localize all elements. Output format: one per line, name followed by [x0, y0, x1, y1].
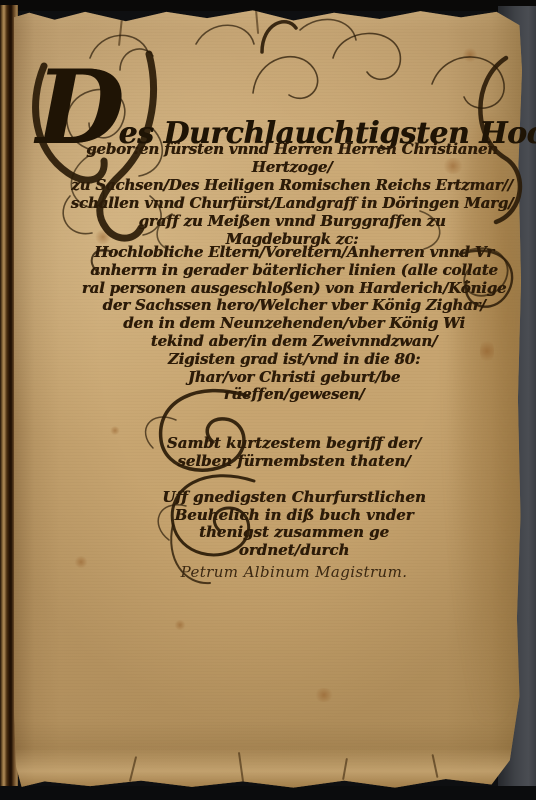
lineage-line: Hochlobliche Eltern/Voreltern/Anherren v… — [70, 244, 518, 262]
paper-crack — [118, 8, 124, 46]
lineage-paragraph: Hochlobliche Eltern/Voreltern/Anherren v… — [70, 244, 518, 404]
background-top-bar — [0, 0, 536, 11]
lineage-line: ral personen ausgeschloßen) von Harderic… — [70, 280, 518, 298]
summary-block: Sambt kurtzestem begriff der/ selben für… — [70, 434, 518, 470]
header-block: gebor:en fürsten vnnd Herren Herren Chri… — [66, 140, 518, 248]
lineage-line: der Sachssen hero/Welcher vber König Zig… — [70, 297, 518, 315]
foxing-spot — [314, 688, 334, 702]
dedication-line: Uff gnedigsten Churfurstlichen — [70, 489, 518, 507]
foxing-spot — [174, 620, 186, 630]
lineage-line: Jhar/vor Christi geburt/be — [70, 369, 518, 387]
author-line: Petrum Albinum Magistrum. — [70, 563, 518, 581]
header-line: zu Sachsen/Des Heiligen Romischen Reichs… — [66, 176, 518, 194]
header-line: schallen vnnd Churfürst/Landgraff in Dör… — [66, 194, 518, 212]
lineage-line: Zigisten grad ist/vnd in die 80: — [70, 351, 518, 369]
torn-edge-highlight — [14, 748, 522, 790]
dedication-line: Beuhelich in diß buch vnder — [70, 507, 518, 525]
lineage-line: den in dem Neunzehenden/vber König Wi — [70, 315, 518, 333]
background-bottom-bar — [0, 786, 536, 800]
lineage-line: tekind aber/in dem Zweivnndzwan/ — [70, 333, 518, 351]
lineage-line: rüeffen/gewesen/ — [70, 386, 518, 404]
dedication-line: ordnet/durch — [70, 542, 518, 560]
lineage-line: anherrn in gerader bäterlicher linien (a… — [70, 262, 518, 280]
header-line: gebor:en fürsten vnnd Herren Herren Chri… — [66, 140, 518, 176]
dedication-block: Uff gnedigsten Churfurstlichen Beuhelich… — [70, 489, 518, 559]
summary-line: Sambt kurtzestem begriff der/ — [70, 434, 518, 452]
summary-line: selben fürnembsten thaten/ — [70, 452, 518, 470]
dedication-line: thenigst zusammen ge — [70, 524, 518, 542]
header-line: graff zu Meißen vnnd Burggraffen zu — [66, 212, 518, 230]
paper-crack — [255, 8, 259, 34]
